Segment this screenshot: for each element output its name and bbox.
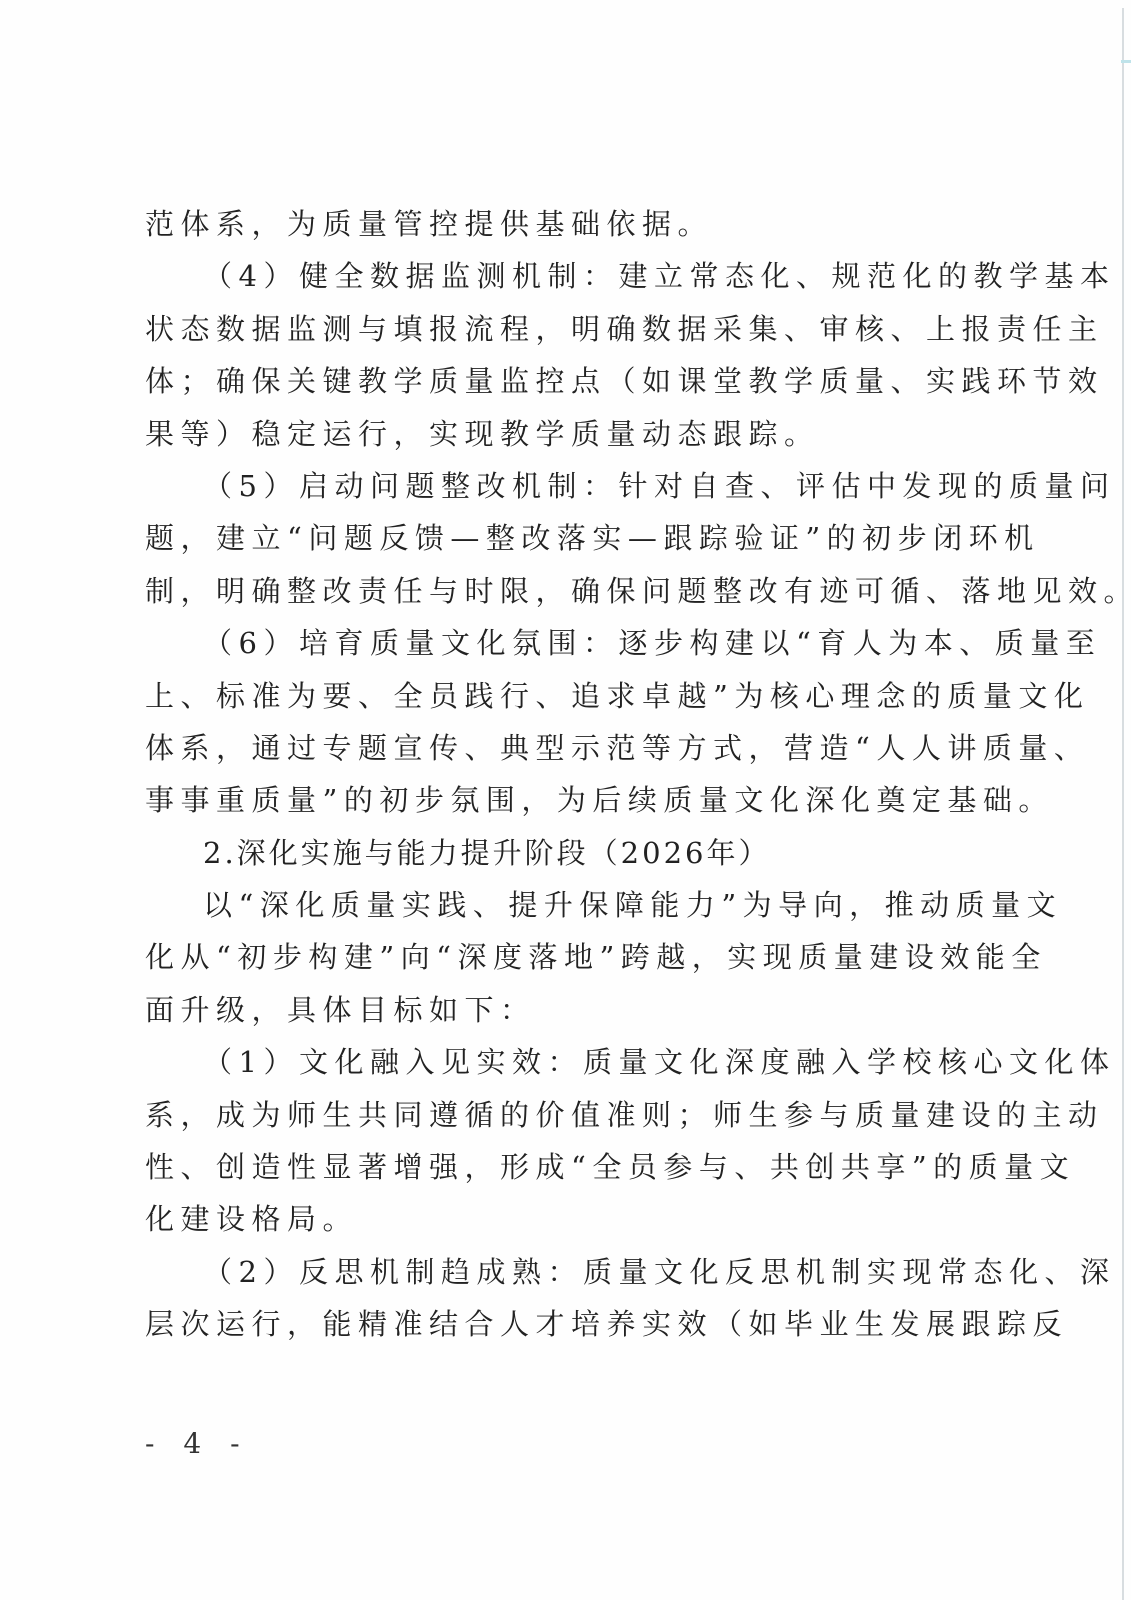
text-line: 范体系，为质量管控提供基础依据。 xyxy=(145,198,965,250)
text-line: 体；确保关键教学质量监控点（如课堂教学质量、实践环节效 xyxy=(145,355,965,407)
item-1-heading-line: （1）文化融入见实效：质量文化深度融入学校核心文化体 xyxy=(145,1036,965,1088)
item-4-heading-line: （4）健全数据监测机制：建立常态化、规范化的教学基本 xyxy=(145,250,965,302)
item-6-heading-line: （6）培育质量文化氛围：逐步构建以“育人为本、质量至 xyxy=(145,617,965,669)
body-text: 范体系，为质量管控提供基础依据。 （4）健全数据监测机制：建立常态化、规范化的教… xyxy=(145,198,965,1351)
text-line: 题，建立“问题反馈—整改落实—跟踪验证”的初步闭环机 xyxy=(145,512,965,564)
section-intro-line: 以“深化质量实践、提升保障能力”为导向，推动质量文 xyxy=(145,879,965,931)
text-line: 事事重质量”的初步氛围，为后续质量文化深化奠定基础。 xyxy=(145,774,965,826)
document-page: 范体系，为质量管控提供基础依据。 （4）健全数据监测机制：建立常态化、规范化的教… xyxy=(0,0,1131,1600)
text-line: 制，明确整改责任与时限，确保问题整改有迹可循、落地见效。 xyxy=(145,565,965,617)
text-line: 状态数据监测与填报流程，明确数据采集、审核、上报责任主 xyxy=(145,303,965,355)
text-line: 体系，通过专题宣传、典型示范等方式，营造“人人讲质量、 xyxy=(145,722,965,774)
text-line: 面升级，具体目标如下： xyxy=(145,984,965,1036)
text-line: 上、标准为要、全员践行、追求卓越”为核心理念的质量文化 xyxy=(145,670,965,722)
item-2-heading-line: （2）反思机制趋成熟：质量文化反思机制实现常态化、深 xyxy=(145,1246,965,1298)
text-line: 系，成为师生共同遵循的价值准则；师生参与质量建设的主动 xyxy=(145,1089,965,1141)
section-heading: 2.深化实施与能力提升阶段（2026年） xyxy=(145,827,965,879)
page-number: - 4 - xyxy=(145,1427,250,1460)
text-line: 层次运行，能精准结合人才培养实效（如毕业生发展跟踪反 xyxy=(145,1298,965,1350)
scan-edge-mark xyxy=(1121,60,1131,63)
scan-edge-line xyxy=(1122,8,1124,1600)
text-line: 果等）稳定运行，实现教学质量动态跟踪。 xyxy=(145,408,965,460)
text-line: 化从“初步构建”向“深度落地”跨越，实现质量建设效能全 xyxy=(145,931,965,983)
item-5-heading-line: （5）启动问题整改机制：针对自查、评估中发现的质量问 xyxy=(145,460,965,512)
text-line: 化建设格局。 xyxy=(145,1193,965,1245)
text-line: 性、创造性显著增强，形成“全员参与、共创共享”的质量文 xyxy=(145,1141,965,1193)
